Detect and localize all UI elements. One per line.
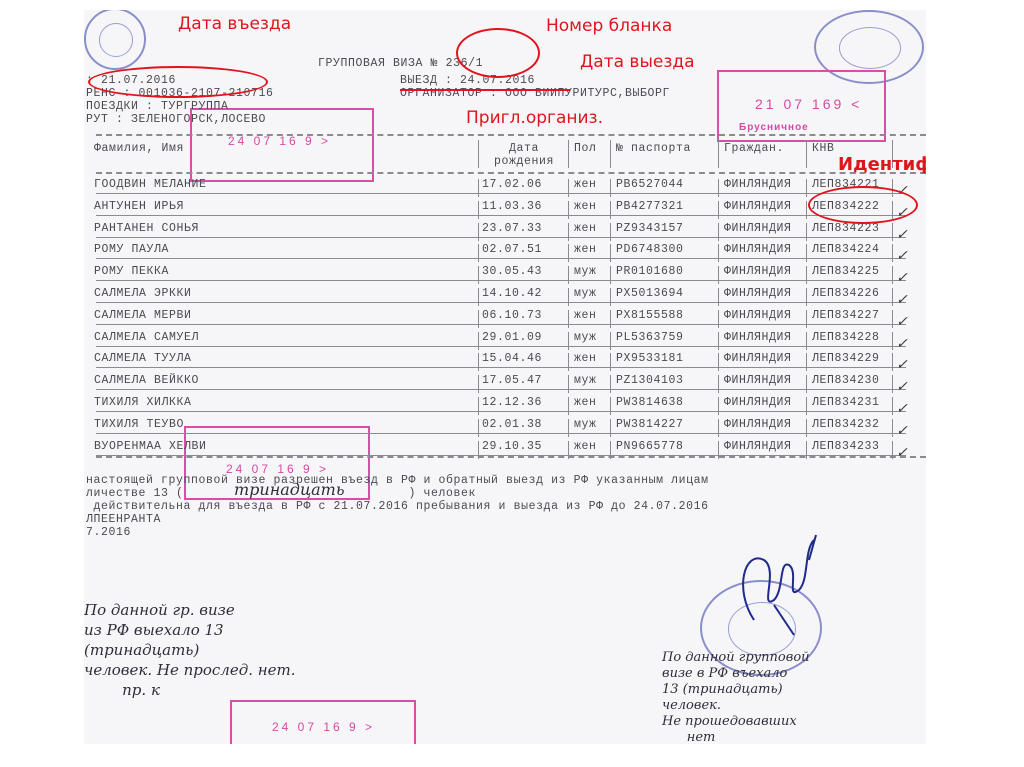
visa-title-text: ГРУППОВАЯ ВИЗА № bbox=[318, 57, 438, 70]
cell-dob: 29.10.35 bbox=[482, 440, 542, 453]
column-separator bbox=[892, 223, 893, 241]
checkmark-icon: ✓ bbox=[896, 444, 908, 461]
cell-knv: ЛЕП834232 bbox=[812, 418, 880, 431]
column-separator bbox=[806, 332, 807, 350]
column-separator bbox=[478, 397, 479, 415]
cell-knv: ЛЕП834224 bbox=[812, 243, 880, 256]
cell-knv: ЛЕП834227 bbox=[812, 309, 880, 322]
cell-name: РАНТАНЕН СОНЬЯ bbox=[94, 222, 199, 235]
cell-passport: PZ9343157 bbox=[616, 222, 684, 235]
cell-sex: жен bbox=[574, 243, 597, 256]
column-separator bbox=[610, 223, 611, 241]
cell-passport: PR0101680 bbox=[616, 265, 684, 278]
cell-dob: 17.05.47 bbox=[482, 374, 542, 387]
column-separator bbox=[610, 244, 611, 262]
row-underline bbox=[96, 324, 906, 325]
trip-type-line: ПОЕЗДКИ : ТУРГРУППА bbox=[86, 100, 229, 113]
cell-citizenship: ФИНЛЯНДИЯ bbox=[724, 287, 792, 300]
column-separator bbox=[478, 201, 479, 219]
checkmark-icon: ✓ bbox=[896, 269, 908, 286]
column-separator bbox=[718, 288, 719, 306]
column-separator bbox=[892, 375, 893, 393]
column-separator bbox=[892, 332, 893, 350]
stamp-top-right-caption: Брусничное bbox=[739, 122, 809, 133]
column-separator bbox=[806, 201, 807, 219]
stamp-top-left-digits: 24 07 16 9 > bbox=[228, 134, 331, 148]
column-separator bbox=[610, 179, 611, 197]
column-separator bbox=[806, 266, 807, 284]
column-separator bbox=[806, 419, 807, 437]
column-separator bbox=[568, 288, 569, 306]
cell-citizenship: ФИНЛЯНДИЯ bbox=[724, 222, 792, 235]
cell-citizenship: ФИНЛЯНДИЯ bbox=[724, 396, 792, 409]
cell-name: САЛМЕЛА САМУЕЛ bbox=[94, 331, 199, 344]
row-underline bbox=[96, 237, 906, 238]
cell-dob: 02.07.51 bbox=[482, 243, 542, 256]
cell-dob: 12.12.36 bbox=[482, 396, 542, 409]
column-separator bbox=[568, 375, 569, 393]
footer-line-5: 7.2016 bbox=[86, 526, 131, 539]
row-underline bbox=[96, 258, 906, 259]
cell-citizenship: ФИНЛЯНДИЯ bbox=[724, 200, 792, 213]
cell-passport: PX9533181 bbox=[616, 352, 684, 365]
column-separator bbox=[718, 419, 719, 437]
cell-citizenship: ФИНЛЯНДИЯ bbox=[724, 331, 792, 344]
column-separator bbox=[806, 223, 807, 241]
cell-sex: муж bbox=[574, 418, 597, 431]
column-separator bbox=[478, 353, 479, 371]
signature bbox=[724, 530, 834, 640]
route-line: РУТ : ЗЕЛЕНОГОРСК,ЛОСЕВО bbox=[86, 113, 266, 126]
cell-dob: 29.01.09 bbox=[482, 331, 542, 344]
column-separator bbox=[610, 310, 611, 328]
cell-passport: PX8155588 bbox=[616, 309, 684, 322]
cell-name: ВУОРЕНМАА ХЕЛВИ bbox=[94, 440, 207, 453]
annotation-inviting-org: Пригл.организ. bbox=[466, 108, 603, 128]
cell-dob: 23.07.33 bbox=[482, 222, 542, 235]
handwritten-left-note: По данной гр. визе из РФ выехало 13 (три… bbox=[84, 600, 296, 700]
stamp-bottom-digits: 24 07 16 9 > bbox=[272, 720, 375, 734]
column-separator bbox=[610, 332, 611, 350]
table-bottom-divider bbox=[96, 456, 926, 458]
border-stamp-bottom: 24 07 16 9 > bbox=[230, 700, 416, 744]
row-underline bbox=[96, 433, 906, 434]
column-separator bbox=[806, 375, 807, 393]
cell-citizenship: ФИНЛЯНДИЯ bbox=[724, 374, 792, 387]
column-separator bbox=[478, 375, 479, 393]
cell-dob: 17.02.06 bbox=[482, 178, 542, 191]
column-separator bbox=[718, 266, 719, 284]
cell-dob: 14.10.42 bbox=[482, 287, 542, 300]
footer-line-1: настоящей групповой визе разрешен въезд … bbox=[86, 474, 709, 487]
column-separator bbox=[718, 353, 719, 371]
column-separator bbox=[610, 353, 611, 371]
handwritten-count: тринадцать bbox=[234, 480, 345, 500]
cell-name: САЛМЕЛА МЕРВИ bbox=[94, 309, 192, 322]
column-separator bbox=[806, 353, 807, 371]
column-separator bbox=[568, 201, 569, 219]
cell-citizenship: ФИНЛЯНДИЯ bbox=[724, 178, 792, 191]
column-separator bbox=[478, 179, 479, 197]
handwritten-right-note: По данной групповой визе в РФ въехало 13… bbox=[662, 650, 810, 744]
checkmark-icon: ✓ bbox=[896, 378, 908, 395]
cell-name: ГООДВИН МЕЛАНИЕ bbox=[94, 178, 207, 191]
annotation-identifier: Идентификатор bbox=[838, 154, 926, 175]
cell-sex: жен bbox=[574, 352, 597, 365]
column-separator bbox=[610, 375, 611, 393]
column-separator bbox=[610, 419, 611, 437]
column-separator bbox=[892, 397, 893, 415]
cell-sex: муж bbox=[574, 374, 597, 387]
column-header: Фамилия, Имя bbox=[94, 142, 184, 155]
column-separator bbox=[718, 223, 719, 241]
table-top-divider bbox=[96, 134, 926, 136]
cell-sex: жен bbox=[574, 309, 597, 322]
cell-name: ТИХИЛЯ ХИЛККА bbox=[94, 396, 192, 409]
column-separator bbox=[610, 288, 611, 306]
row-underline bbox=[96, 193, 906, 194]
annotation-circle-identifier bbox=[808, 186, 918, 224]
cell-passport: PL5363759 bbox=[616, 331, 684, 344]
row-underline bbox=[96, 302, 906, 303]
row-underline bbox=[96, 280, 906, 281]
cell-citizenship: ФИНЛЯНДИЯ bbox=[724, 352, 792, 365]
cell-citizenship: ФИНЛЯНДИЯ bbox=[724, 265, 792, 278]
column-separator bbox=[806, 288, 807, 306]
column-separator bbox=[806, 397, 807, 415]
cell-citizenship: ФИНЛЯНДИЯ bbox=[724, 243, 792, 256]
column-separator bbox=[478, 310, 479, 328]
column-separator bbox=[718, 310, 719, 328]
column-separator bbox=[892, 310, 893, 328]
column-separator bbox=[568, 266, 569, 284]
row-underline bbox=[96, 215, 906, 216]
column-separator bbox=[568, 244, 569, 262]
cell-passport: PB6527044 bbox=[616, 178, 684, 191]
cell-name: САЛМЕЛА ЭРККИ bbox=[94, 287, 192, 300]
checkmark-icon: ✓ bbox=[896, 247, 908, 264]
cell-knv: ЛЕП834225 bbox=[812, 265, 880, 278]
cell-name: ТИХИЛЯ ТЕУВО bbox=[94, 418, 184, 431]
cell-citizenship: ФИНЛЯНДИЯ bbox=[724, 440, 792, 453]
cell-dob: 30.05.43 bbox=[482, 265, 542, 278]
column-separator bbox=[718, 179, 719, 197]
column-separator bbox=[610, 140, 611, 168]
cell-dob: 15.04.46 bbox=[482, 352, 542, 365]
column-header: № паспорта bbox=[616, 142, 691, 155]
cell-dob: 02.01.38 bbox=[482, 418, 542, 431]
column-separator bbox=[568, 223, 569, 241]
column-separator bbox=[610, 266, 611, 284]
cell-knv: ЛЕП834226 bbox=[812, 287, 880, 300]
column-header: КНВ bbox=[812, 142, 835, 155]
column-separator bbox=[892, 419, 893, 437]
cell-dob: 11.03.36 bbox=[482, 200, 542, 213]
column-separator bbox=[478, 140, 479, 168]
cell-name: САЛМЕЛА ВЕЙККО bbox=[94, 374, 199, 387]
cell-passport: PW3814638 bbox=[616, 396, 684, 409]
cell-citizenship: ФИНЛЯНДИЯ bbox=[724, 418, 792, 431]
cell-sex: муж bbox=[574, 265, 597, 278]
column-separator bbox=[568, 179, 569, 197]
cell-sex: жен bbox=[574, 222, 597, 235]
exit-date-line: ВЫЕЗД : 24.07.2016 bbox=[400, 74, 535, 87]
cell-passport: PN9665778 bbox=[616, 440, 684, 453]
cell-name: РОМУ ПАУЛА bbox=[94, 243, 169, 256]
border-stamp-top-right: 21 07 169 < Брусничное bbox=[717, 70, 886, 142]
row-underline bbox=[96, 367, 906, 368]
checkmark-icon: ✓ bbox=[896, 356, 908, 373]
cell-passport: PB4277321 bbox=[616, 200, 684, 213]
column-separator bbox=[478, 332, 479, 350]
column-separator bbox=[892, 244, 893, 262]
column-header: Граждан. bbox=[724, 142, 784, 155]
cell-knv: ЛЕП834231 bbox=[812, 396, 880, 409]
column-header: Пол bbox=[574, 142, 597, 155]
column-separator bbox=[568, 397, 569, 415]
cell-knv: ЛЕП834233 bbox=[812, 440, 880, 453]
column-separator bbox=[568, 332, 569, 350]
column-separator bbox=[610, 397, 611, 415]
column-separator bbox=[892, 266, 893, 284]
group-visa-document: 21 07 169 < Брусничное 24 07 16 9 > 24 0… bbox=[84, 10, 926, 744]
column-separator bbox=[806, 310, 807, 328]
cell-dob: 06.10.73 bbox=[482, 309, 542, 322]
column-separator bbox=[718, 375, 719, 393]
checkmark-icon: ✓ bbox=[896, 335, 908, 352]
cell-passport: PD6748300 bbox=[616, 243, 684, 256]
stamp-top-right-digits: 21 07 169 < bbox=[755, 96, 862, 112]
column-separator bbox=[478, 288, 479, 306]
cell-sex: жен bbox=[574, 396, 597, 409]
checkmark-icon: ✓ bbox=[896, 400, 908, 417]
checkmark-icon: ✓ bbox=[896, 422, 908, 439]
column-separator bbox=[806, 179, 807, 197]
cell-sex: жен bbox=[574, 200, 597, 213]
annotation-circle-entry-date bbox=[88, 66, 268, 98]
column-separator bbox=[718, 201, 719, 219]
cell-knv: ЛЕП834229 bbox=[812, 352, 880, 365]
column-separator bbox=[478, 223, 479, 241]
cell-knv: ЛЕП834230 bbox=[812, 374, 880, 387]
column-separator bbox=[892, 288, 893, 306]
column-separator bbox=[478, 244, 479, 262]
column-separator bbox=[568, 419, 569, 437]
cell-name: АНТУНЕН ИРЬЯ bbox=[94, 200, 184, 213]
cell-passport: PZ1304103 bbox=[616, 374, 684, 387]
column-separator bbox=[568, 310, 569, 328]
row-underline bbox=[96, 389, 906, 390]
column-separator bbox=[610, 201, 611, 219]
column-separator bbox=[478, 419, 479, 437]
column-separator bbox=[478, 266, 479, 284]
cell-sex: муж bbox=[574, 331, 597, 344]
cell-name: РОМУ ПЕККА bbox=[94, 265, 169, 278]
column-separator bbox=[718, 332, 719, 350]
cell-sex: жен bbox=[574, 178, 597, 191]
annotation-entry-date: Дата въезда bbox=[178, 14, 291, 34]
cell-passport: PW3814227 bbox=[616, 418, 684, 431]
column-separator bbox=[806, 140, 807, 168]
annotation-form-number: Номер бланка bbox=[546, 16, 672, 36]
row-underline bbox=[96, 346, 906, 347]
checkmark-icon: ✓ bbox=[896, 313, 908, 330]
official-seal-top-left bbox=[84, 10, 146, 70]
cell-sex: жен bbox=[574, 440, 597, 453]
column-separator bbox=[568, 353, 569, 371]
checkmark-icon: ✓ bbox=[896, 291, 908, 308]
footer-line-3: действительна для въезда в РФ с 21.07.20… bbox=[86, 500, 709, 513]
column-separator bbox=[718, 244, 719, 262]
row-underline bbox=[96, 411, 906, 412]
cell-sex: муж bbox=[574, 287, 597, 300]
annotation-underline-exit-date bbox=[400, 89, 570, 91]
column-header: Дата рождения bbox=[484, 142, 564, 168]
cell-name: САЛМЕЛА ТУУЛА bbox=[94, 352, 192, 365]
column-separator bbox=[718, 397, 719, 415]
column-separator bbox=[806, 244, 807, 262]
cell-knv: ЛЕП834228 bbox=[812, 331, 880, 344]
annotation-exit-date: Дата выезда bbox=[580, 52, 695, 72]
table-header-divider bbox=[96, 172, 926, 174]
cell-passport: PX5013694 bbox=[616, 287, 684, 300]
column-separator bbox=[892, 353, 893, 371]
column-separator bbox=[568, 140, 569, 168]
checkmark-icon: ✓ bbox=[896, 226, 908, 243]
annotation-circle-visa-number bbox=[456, 28, 540, 78]
footer-line-4: ЛПЕЕНРАНТА bbox=[86, 513, 161, 526]
cell-citizenship: ФИНЛЯНДИЯ bbox=[724, 309, 792, 322]
column-separator bbox=[718, 140, 719, 168]
